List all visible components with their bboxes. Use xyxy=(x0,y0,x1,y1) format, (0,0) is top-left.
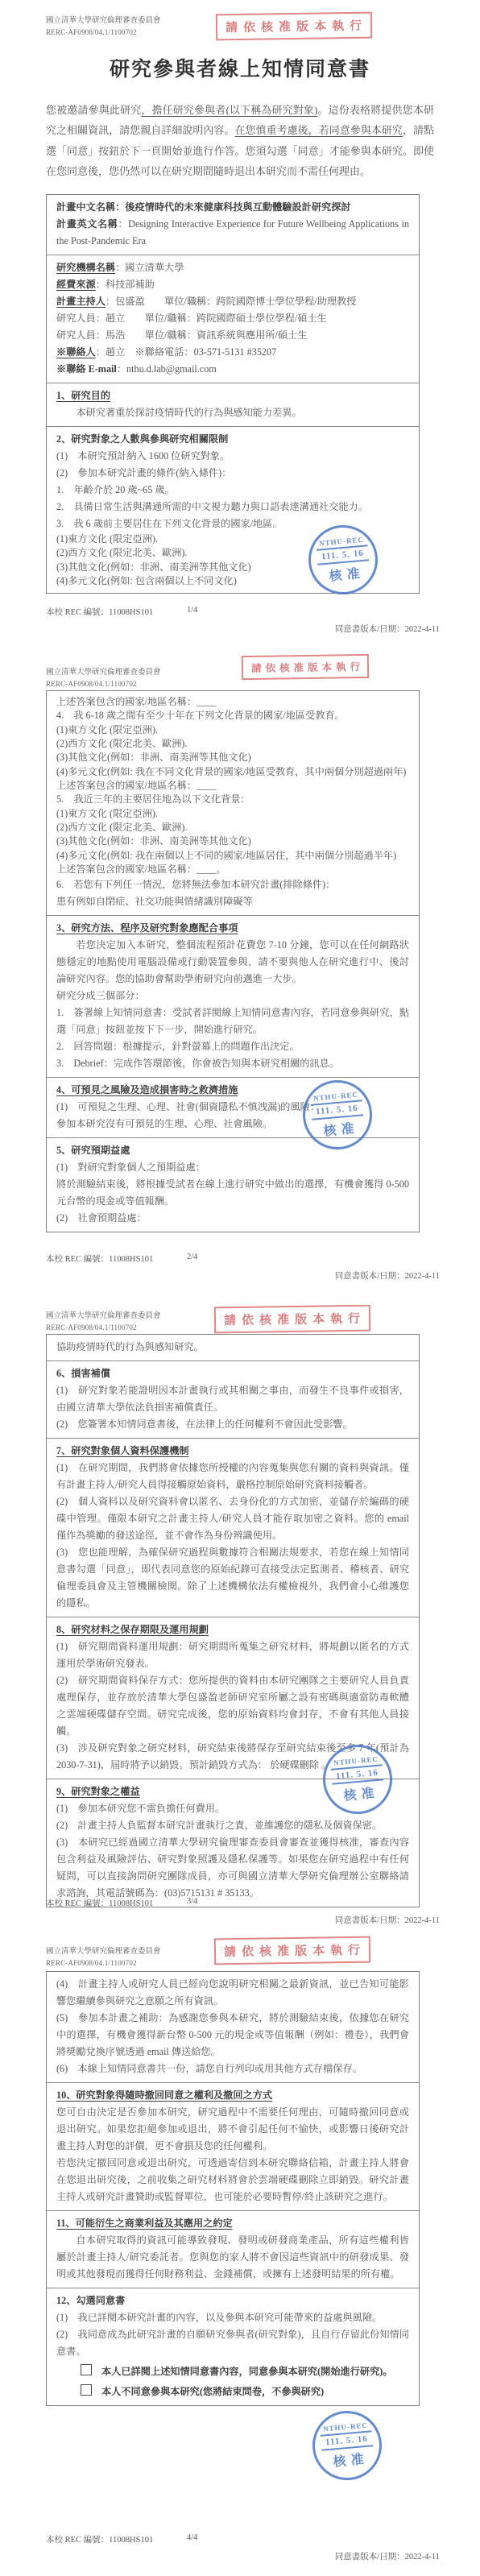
page-number: 1/4 xyxy=(187,606,197,615)
doc-line: (2)西方文化 (限定北美、歐洲). xyxy=(56,821,409,835)
field-label: ※聯絡人 xyxy=(56,346,96,358)
doc-line: 上述答案包含的國家/地區名稱：____ xyxy=(56,695,409,709)
doc-line: 12、勾選同意書 xyxy=(56,2292,409,2309)
table-section: 協助疫情時代的行為與感知研究。 xyxy=(47,1335,419,1360)
rec-number: 本校 REC 編號：11008HS101 xyxy=(46,1897,153,1909)
page-1: 國立清華大學研究倫理審查委員會 RERC-AF0908/04.1/1100702… xyxy=(0,0,480,648)
doc-line: (5) 參加本計畫之補助：為感謝您參與本研究，將於測驗結束後，依據您在研究中的選… xyxy=(56,2010,409,2060)
committee-name: 國立清華大學研究倫理審查委員會 xyxy=(46,668,161,679)
doc-line: 若您決定撤回同意或退出研究，可透過寄信到本研究聯絡信箱，計畫主持人將會在您退出研… xyxy=(56,2155,409,2205)
committee-name: 國立清華大學研究倫理審查委員會 xyxy=(46,1947,161,1958)
consent-table: 協助疫情時代的行為與感知研究。6、損害補償(1) 研究對象若能證明因本計畫執行或… xyxy=(46,1334,420,1907)
version-date: 同意書版本/日期：2022-4-11 xyxy=(335,1914,440,1926)
intro-paragraph: 您被邀請參與此研究，擔任研究參與者(以下稱為研究對象)。這份表格將提供您本研究之… xyxy=(46,100,434,181)
doc-line: (2) 研究期間資料保存方式：您所提供的資料由本研究團隊之主要研究人員負責處理保… xyxy=(56,1672,409,1740)
doc-line: (4) 計畫主持人或研究人員已經向您說明研究相關之最新資訊，並已告知可能影響您繼… xyxy=(56,1976,409,2010)
doc-line: (1)東方文化 (限定亞洲). xyxy=(56,807,409,821)
doc-line: 協助疫情時代的行為與感知研究。 xyxy=(56,1339,409,1356)
field-label: 計畫英文名稱 xyxy=(56,218,118,230)
intro-text: 在您慎重考慮後，若同意參與本研究 xyxy=(234,124,402,136)
table-section: 11、可能衍生之商業利益及其應用之約定自本研究取得的資訊可能導致發現、發明或研發… xyxy=(47,2210,419,2288)
doc-line: 10、研究對象得隨時撤回同意之權利及撤回之方式 xyxy=(56,2087,409,2104)
consent-option-agree: 本人已詳閱上述知情同意書內容，同意參與本研究(開始進行研究)。 xyxy=(56,2363,409,2380)
doc-line: (1) 對研究對象個人之預期益處： xyxy=(56,1159,409,1176)
doc-line: 3. Debrief：完成作答環節後，你會被告知與本研究相關的訊息。 xyxy=(56,1055,409,1072)
doc-line: 計畫中文名稱：後疫情時代的未來健康科技與互動體驗設計研究探討 xyxy=(56,199,409,216)
doc-line: (3) 本研究已經過國立清華大學研究倫理審查委員會審查並獲得核准，審查內容包含利… xyxy=(56,1834,409,1902)
rec-number: 本校 REC 編號：11008HS101 xyxy=(46,2533,153,2545)
table-section: 研究機構名稱：國立清華大學經費來源：科技部補助計畫主持人：包盛盈 單位/職稱：跨… xyxy=(47,255,419,383)
page-header: 國立清華大學研究倫理審查委員會 RERC-AF0908/04.1/1100702 xyxy=(46,668,161,690)
doc-line: 上述答案包含的國家/地區名稱：____。 xyxy=(56,863,409,876)
table-section: 1、研究目的本研究著重於探討疫情時代的行為與感知能力差異。 xyxy=(47,383,419,426)
committee-name: 國立清華大學研究倫理審查委員會 xyxy=(46,16,161,27)
doc-line: (2) 參加本研究計畫的條件(納入條件)： xyxy=(56,465,409,482)
red-approval-stamp: 請依核准版本執行 xyxy=(216,12,372,41)
doc-line: (1) 本研究預計納入 1600 位研究對象。 xyxy=(56,448,409,465)
doc-line: (1) 在研究期間，我們將會依據您所授權的內容蒐集與您有關的資料與資訊。僅有計畫… xyxy=(56,1460,409,1493)
page-number: 2/4 xyxy=(187,1253,197,1261)
doc-line: (2) 個人資料以及研究資料會以匿名、去身份化的方式加密，並儲存於編碼的硬碟中管… xyxy=(56,1493,409,1544)
doc-line: 研究機構名稱：國立清華大學 xyxy=(56,259,409,276)
doc-line: (3)其他文化(例如：非洲、南美洲等其他文化) xyxy=(56,751,409,764)
stamp-approved-text: 核准 xyxy=(324,562,366,584)
doc-line: 經費來源：科技部補助 xyxy=(56,276,409,293)
doc-line: (2) 社會預期益處： xyxy=(56,1210,409,1227)
form-code: RERC-AF0908/04.1/1100702 xyxy=(46,1323,161,1333)
doc-line: 研究分成三個部分： xyxy=(56,988,409,1004)
doc-line: 計畫主持人：包盛盈 單位/職稱：跨院國際博士學位學程/助理教授 xyxy=(56,293,409,310)
doc-line: (2) 您簽署本知情同意書後，在法律上的任何權利不會因此受影響。 xyxy=(56,1416,409,1433)
field-label: 經費來源 xyxy=(56,279,96,290)
doc-line: (1) 我已詳閱本研究計畫的內容，以及參與本研究可能帶來的益處與風險。 xyxy=(56,2309,409,2326)
form-code: RERC-AF0908/04.1/1100702 xyxy=(46,1958,161,1969)
field-label: 研究機構名稱 xyxy=(56,262,115,273)
doc-line: ※聯絡 E-mail：nthu.d.lab@gmail.com xyxy=(56,361,409,378)
page-number: 4/4 xyxy=(187,2533,197,2542)
doc-line: 5. 我近三年的主要居住地為以下文化背景： xyxy=(56,793,409,806)
doc-line: 11、可能衍生之商業利益及其應用之約定 xyxy=(56,2215,409,2232)
page-header: 國立清華大學研究倫理審查委員會 RERC-AF0908/04.1/1100702 xyxy=(46,16,161,38)
doc-line: (4)多元文化(例如: 我在不同文化背景的國家/地區受教育，其中兩個分別超過兩年… xyxy=(56,765,409,779)
red-approval-stamp: 請依核准版本執行 xyxy=(214,1936,370,1965)
stamp-approved-text: 核准 xyxy=(338,1782,380,1804)
doc-line: 8、研究材料之保存期限及運用規劃 xyxy=(56,1621,409,1638)
doc-line: 2. 回答問題：根據提示，針對螢幕上的問題作出決定。 xyxy=(56,1038,409,1055)
doc-line: (1) 研究對象若能證明因本計畫執行或其相關之事由，而發生不良事件或損害，由國立… xyxy=(56,1382,409,1416)
rec-number: 本校 REC 編號：11008HS101 xyxy=(46,1253,153,1265)
checkbox-disagree[interactable] xyxy=(81,2384,92,2396)
doc-line: 患有例如自閉症、社交功能與情緒識別障礙等 xyxy=(56,893,409,910)
doc-line: (2)西方文化 (限定北美、歐洲). xyxy=(56,737,409,751)
doc-line: 6、損害補償 xyxy=(56,1365,409,1382)
doc-line: (3)其他文化(例如：非洲、南美洲等其他文化) xyxy=(56,835,409,848)
doc-line: 5、研究預期益處 xyxy=(56,1142,409,1159)
form-code: RERC-AF0908/04.1/1100702 xyxy=(46,679,161,690)
checkbox-agree[interactable] xyxy=(81,2364,92,2375)
doc-line: (2) 計畫主持人負監督本研究計畫執行之責，並維護您的隱私及個資保密。 xyxy=(56,1817,409,1834)
blue-approval-stamp: NTHU-REC 111. 5. 16 核准 xyxy=(309,2408,384,2483)
doc-line: (2) 我同意成為此研究計畫的自願研究參與者(研究對象)，且自行存留此份知情同意… xyxy=(56,2326,409,2360)
page-header: 國立清華大學研究倫理審查委員會 RERC-AF0908/04.1/1100702 xyxy=(46,1947,161,1969)
doc-line: 研究人員：趙立 單位/職稱：跨院國際碩士學位學程/碩士生 xyxy=(56,310,409,327)
doc-line: 7、研究對象個人資料保護機制 xyxy=(56,1443,409,1460)
doc-line: 上述答案包含的國家/地區名稱：____ xyxy=(56,779,409,793)
doc-line: 2、研究對象之人數與參與研究相關限制 xyxy=(56,431,409,448)
version-date: 同意書版本/日期：2022-4-11 xyxy=(335,623,440,635)
page-4: 國立清華大學研究倫理審查委員會 RERC-AF0908/04.1/1100702… xyxy=(0,1929,480,2576)
field-label: 計畫主持人 xyxy=(56,296,106,307)
table-section: 12、勾選同意書(1) 我已詳閱本研究計畫的內容，以及參與本研究可能帶來的益處與… xyxy=(47,2288,419,2405)
doc-line: 您可自由決定是否參加本研究，研究過程中不需要任何理由，可隨時撤回同意或退出研究。… xyxy=(56,2104,409,2155)
doc-line: 1. 年齡介於 20 歲~65 歲。 xyxy=(56,482,409,499)
table-section: (4) 計畫主持人或研究人員已經向您說明研究相關之最新資訊，並已告知可能影響您繼… xyxy=(47,1972,419,2082)
stamp-approved-text: 核准 xyxy=(318,1117,360,1139)
intro-text: 您被邀請參與此研究 xyxy=(46,104,141,116)
doc-line: 研究人員：馬浩 單位/職稱：資訊系統與應用所/碩士生 xyxy=(56,327,409,344)
committee-name: 國立清華大學研究倫理審查委員會 xyxy=(46,1311,161,1323)
doc-line: 1. 簽署線上知情同意書：受試者詳閱線上知情同意書內容，若同意參與研究，點選「同… xyxy=(56,1004,409,1038)
page-2: 國立清華大學研究倫理審查委員會 RERC-AF0908/04.1/1100702… xyxy=(0,648,480,1305)
doc-line: (4)多元文化(例如: 我在兩個以上不同的國家/地區居住，其中兩個分別超過半年) xyxy=(56,849,409,863)
page-number: 3/4 xyxy=(187,1897,197,1906)
doc-line: 3、研究方法、程序及研究對象應配合事項 xyxy=(56,920,409,937)
doc-line: (3) 您也能理解，為確保研究過程與數據符合相關法規要求，若您在線上知情同意書勾… xyxy=(56,1544,409,1612)
table-section: 5、研究預期益處(1) 對研究對象個人之預期益處：將於測驗結束後，將根據受試者在… xyxy=(47,1137,419,1232)
table-section: 3、研究方法、程序及研究對象應配合事項若您決定加入本研究，整個流程預計花費您 7… xyxy=(47,915,419,1077)
doc-line: 1、研究目的 xyxy=(56,387,409,404)
page-header: 國立清華大學研究倫理審查委員會 RERC-AF0908/04.1/1100702 xyxy=(46,1311,161,1333)
stamp-approved-text: 核准 xyxy=(328,2448,370,2470)
table-section: 計畫中文名稱：後疫情時代的未來健康科技與互動體驗設計研究探討計畫英文名稱：Des… xyxy=(47,195,419,255)
doc-line: 本研究著重於探討疫情時代的行為與感知能力差異。 xyxy=(56,404,409,421)
doc-line: (1)東方文化 (限定亞洲). xyxy=(56,723,409,737)
table-section: 上述答案包含的國家/地區名稱：____4. 我 6-18 歲之間有至少十年在下列… xyxy=(47,691,419,915)
table-section: 10、研究對象得隨時撤回同意之權利及撤回之方式您可自由決定是否參加本研究，研究過… xyxy=(47,2082,419,2210)
version-date: 同意書版本/日期：2022-4-11 xyxy=(335,2550,440,2562)
page-3: 國立清華大學研究倫理審查委員會 RERC-AF0908/04.1/1100702… xyxy=(0,1305,480,1929)
document-title: 研究參與者線上知情同意書 xyxy=(0,53,480,82)
table-section: 7、研究對象個人資料保護機制(1) 在研究期間，我們將會依據您所授權的內容蒐集與… xyxy=(47,1438,419,1617)
consent-option-disagree: 本人不同意參與本研究(您將結束問卷，不參與研究) xyxy=(56,2383,409,2400)
field-label: ※聯絡 E-mail xyxy=(56,363,117,375)
doc-line: (1) 研究期間資料運用規劃：研究期間所蒐集之研究材料，將規劃以匿名的方式運用於… xyxy=(56,1638,409,1672)
table-section: 6、損害補償(1) 研究對象若能證明因本計畫執行或其相關之事由，而發生不良事件或… xyxy=(47,1360,419,1438)
doc-line: 自本研究取得的資訊可能導致發現、發明或研發商業產品，所有這些權利皆屬於計畫主持人… xyxy=(56,2232,409,2283)
doc-line: 若您決定加入本研究，整個流程預計花費您 7-10 分鐘，您可以在任何網路狀態穩定… xyxy=(56,937,409,988)
doc-line: ※聯絡人：趙立 ※聯絡電話：03-571-5131 #35207 xyxy=(56,344,409,361)
consent-table: (4) 計畫主持人或研究人員已經向您說明研究相關之最新資訊，並已告知可能影響您繼… xyxy=(46,1971,420,2406)
doc-line: 6. 若您有下列任一情況，您將無法參加本研究計畫(排除條件)： xyxy=(56,876,409,893)
doc-line: 計畫英文名稱：Designing Interactive Experience … xyxy=(56,216,409,250)
red-approval-stamp: 請依核准版本執行 xyxy=(242,654,369,680)
doc-line: (6) 本線上知情同意書共一份，請您自行列印或用其他方式存檔保存。 xyxy=(56,2060,409,2077)
consent-table: 上述答案包含的國家/地區名稱：____4. 我 6-18 歲之間有至少十年在下列… xyxy=(46,690,420,1232)
doc-line: 2. 具備日常生活與溝通所需的中文視力聽力與口語表達溝通社交能力。 xyxy=(56,499,409,516)
doc-line: 4. 我 6-18 歲之間有至少十年在下列文化背景的國家/地區受教育。 xyxy=(56,709,409,723)
form-code: RERC-AF0908/04.1/1100702 xyxy=(46,27,161,38)
version-date: 同意書版本/日期：2022-4-11 xyxy=(335,1269,440,1282)
red-approval-stamp: 請依核准版本執行 xyxy=(214,1305,370,1333)
rec-number: 本校 REC 編號：11008HS101 xyxy=(46,606,153,618)
intro-text: ，擔任研究參與者(以下稱為研究對象) xyxy=(141,104,317,116)
doc-line: 將於測驗結束後，將根據受試者在線上進行研究中做出的選擇，有機會獲得 0-500 … xyxy=(56,1176,409,1210)
